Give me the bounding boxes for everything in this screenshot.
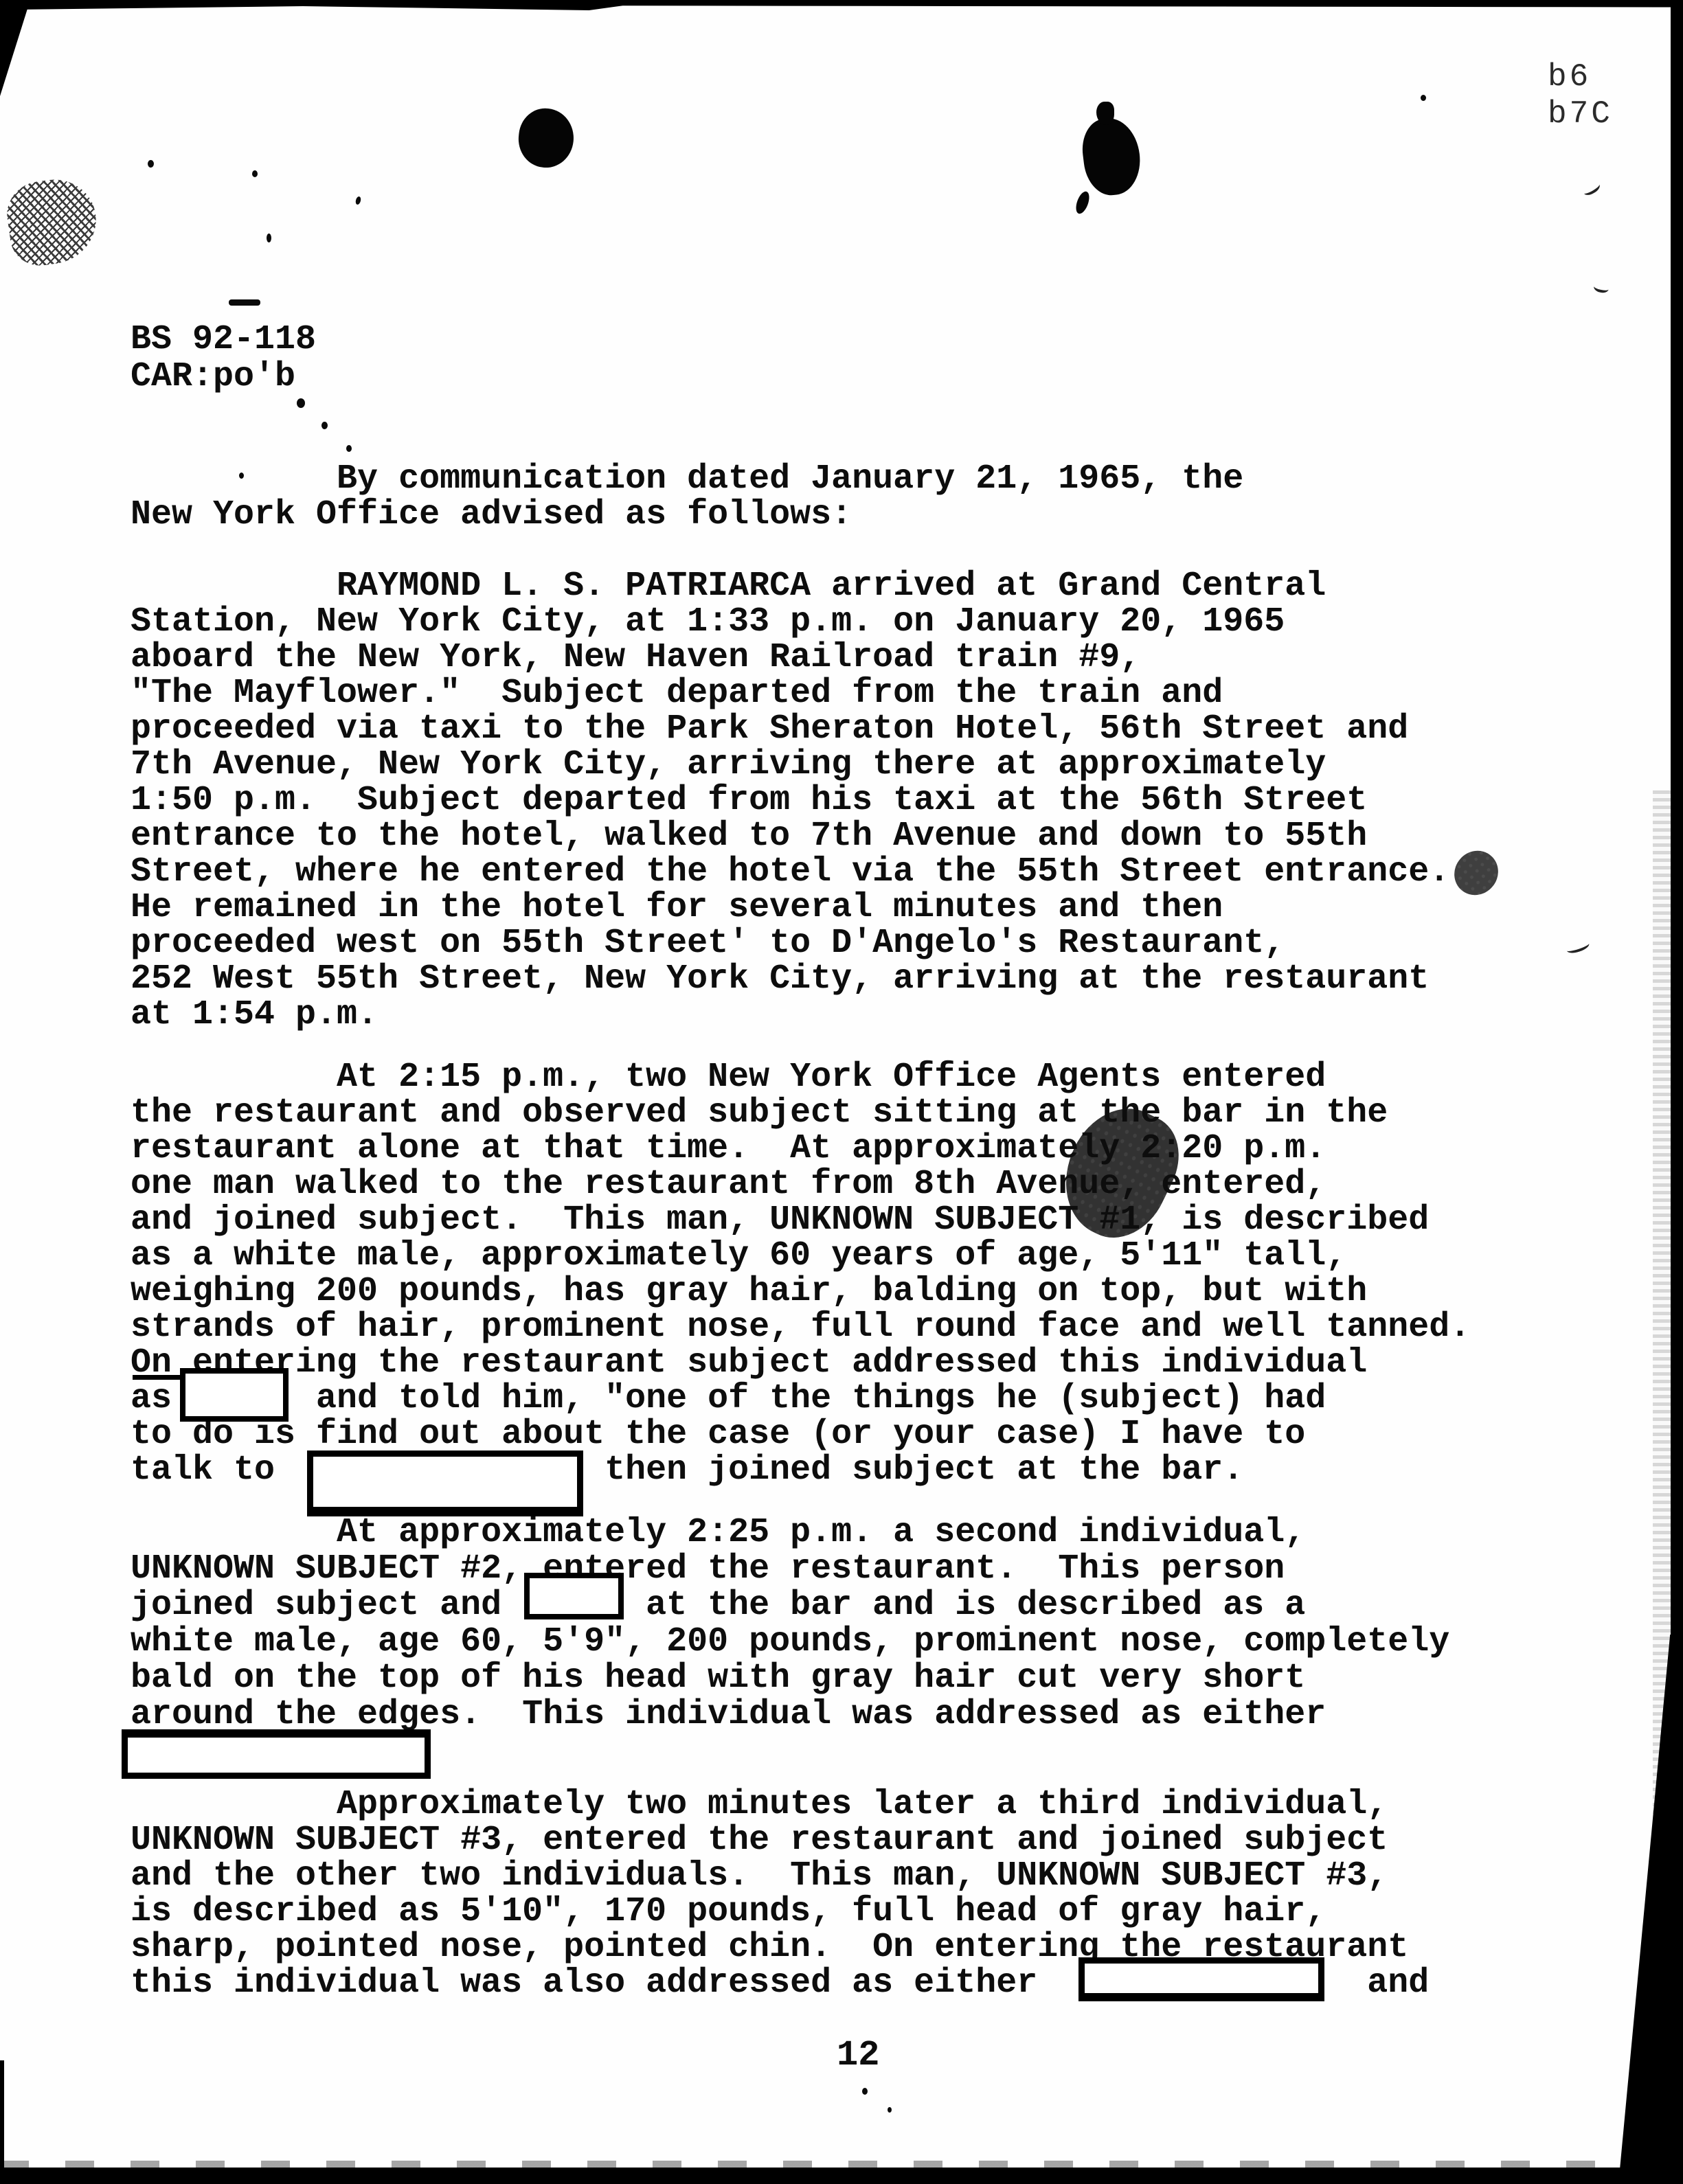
- ink-speck: [267, 234, 271, 242]
- stray-pen-tick: [1581, 180, 1602, 197]
- paragraph-unknown-subject-1: At 2:15 p.m., two New York Office Agents…: [131, 1060, 1470, 1488]
- scan-edge-bottom-right-wedge: [1618, 1635, 1683, 2184]
- stray-pen-tick: [1566, 939, 1591, 955]
- scan-edge-bottom-noise: [0, 2161, 1683, 2168]
- scan-edge-top-left-wedge: [0, 0, 30, 96]
- scanned-document-page: b6 b7C BS 92-118 CAR:po'b By communicati…: [0, 0, 1683, 2184]
- page-number: 12: [837, 2035, 879, 2075]
- paragraph-unknown-subject-2: At approximately 2:25 p.m. a second indi…: [131, 1514, 1449, 1733]
- ink-speck: [888, 2107, 892, 2113]
- ink-speck: [862, 2088, 868, 2095]
- ink-speck: [148, 160, 154, 168]
- classification-note-b6: b6: [1548, 59, 1591, 95]
- redaction-box-4: [122, 1729, 431, 1779]
- paragraph-intro: By communication dated January 21, 1965,…: [131, 462, 1243, 533]
- redaction-box-2: [307, 1451, 583, 1516]
- redaction-box-1: [180, 1368, 289, 1422]
- ink-speck: [1421, 95, 1426, 101]
- scan-edge-bottom: [0, 2168, 1683, 2184]
- ink-speck: [321, 422, 328, 429]
- paragraph-patriarca-arrival: RAYMOND L. S. PATRIARCA arrived at Grand…: [131, 569, 1449, 1033]
- ink-speck: [346, 445, 352, 452]
- classification-note-b7c: b7C: [1548, 96, 1613, 132]
- ink-speck: [355, 196, 362, 205]
- redaction-box-3: [524, 1573, 624, 1619]
- scan-edge-right-band: [1671, 0, 1683, 1696]
- ink-speck: [297, 398, 305, 408]
- hole-punch-mark-right-tail: [1096, 102, 1114, 125]
- hole-punch-mark-left: [516, 106, 577, 170]
- stray-pen-tick: [1593, 282, 1609, 294]
- redaction-box-5: [1078, 1957, 1324, 2001]
- ink-speck: [252, 170, 258, 177]
- hole-punch-mark-right: [1078, 115, 1144, 198]
- ink-speckle-cluster: [1445, 842, 1507, 904]
- ink-smudge-hatch: [3, 174, 102, 270]
- scan-edge-left-line: [0, 2060, 4, 2184]
- hole-punch-mark-right-tail2: [1074, 190, 1092, 215]
- file-number-block: BS 92-118 CAR:po'b: [131, 321, 316, 396]
- pen-dash-mark: [229, 299, 260, 306]
- scan-edge-top: [0, 0, 1683, 10]
- underline-mark: [133, 1375, 183, 1380]
